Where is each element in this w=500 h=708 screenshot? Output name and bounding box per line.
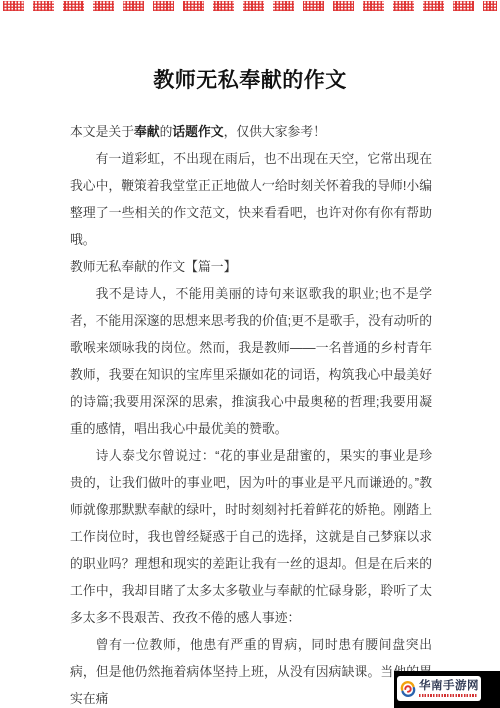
site-badge-text: 华南手游网 xyxy=(419,680,479,697)
site-name: 华南手游网 xyxy=(419,680,479,693)
site-tagline-bar xyxy=(419,694,477,697)
intro-pre: 本文是关于 xyxy=(70,124,134,139)
document-page: 教师无私奉献的作文 本文是关于奉献的话题作文，仅供大家参考！ 有一道彩虹，不出现… xyxy=(0,0,500,708)
intro-keyword-fengxian: 奉献 xyxy=(134,124,160,139)
site-watermark: 华南手游网 xyxy=(394,671,500,708)
paragraph: 曾有一位教师，他患有严重的胃病，同时患有腰间盘突出病，但是他仍然拖着病体坚持上班… xyxy=(70,631,432,708)
paragraph-list: 有一道彩虹，不出现在雨后，也不出现在天空，它常出现在我心中，鞭策着我堂堂正正地做… xyxy=(70,145,432,708)
intro-suffix: ，仅供大家参考！ xyxy=(224,124,326,139)
site-logo-icon xyxy=(399,680,417,698)
intro-line: 本文是关于奉献的话题作文，仅供大家参考！ xyxy=(70,118,432,145)
paragraph: 诗人泰戈尔曾说过：“花的事业是甜蜜的，果实的事业是珍贵的，让我们做叶的事业吧，因… xyxy=(70,442,432,631)
paragraph: 有一道彩虹，不出现在雨后，也不出现在天空，它常出现在我心中，鞭策着我堂堂正正地做… xyxy=(70,145,432,253)
paragraph: 我不是诗人，不能用美丽的诗句来讴歌我的职业;也不是学者，不能用深邃的思想来思考我… xyxy=(70,280,432,442)
article-body: 本文是关于奉献的话题作文，仅供大家参考！ 有一道彩虹，不出现在雨后，也不出现在天… xyxy=(70,118,432,708)
page-title: 教师无私奉献的作文 xyxy=(0,0,500,94)
site-badge: 华南手游网 xyxy=(397,676,481,701)
top-red-watermark-pattern xyxy=(3,1,497,11)
intro-mid: 的 xyxy=(160,124,173,139)
paragraph: 教师无私奉献的作文【篇一】 xyxy=(70,253,432,280)
intro-keyword-huatizuowen: 话题作文 xyxy=(172,124,223,139)
